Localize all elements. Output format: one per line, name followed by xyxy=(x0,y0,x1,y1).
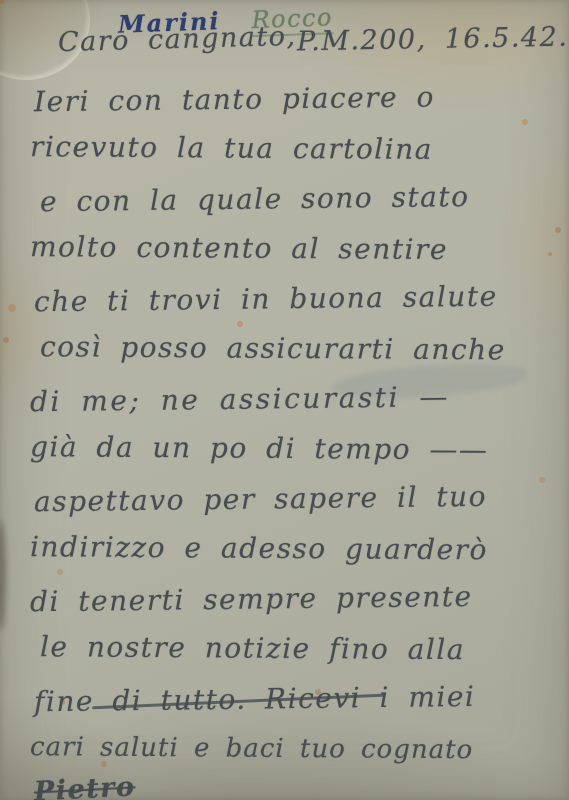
postmark-date: P.M.200, 16.5.42. xyxy=(296,22,568,58)
letter-line: fine di tutto. Ricevi i miei xyxy=(34,671,569,728)
letter-line: di me; ne assicurasti — xyxy=(30,371,569,428)
paper-stain-speckles xyxy=(0,0,4,4)
letter-line: Ieri con tanto piacere o xyxy=(34,71,569,128)
paper-stain-left-edge xyxy=(0,520,6,630)
letter-line: così posso assicurarti anche xyxy=(40,322,569,376)
signature: Pietro xyxy=(33,771,136,800)
letter-line: molto contento al sentire xyxy=(30,222,569,276)
letter-line: che ti trovi in buona salute xyxy=(34,271,569,328)
letter-line: e con la quale sono stato xyxy=(40,171,569,227)
letter-body: Ieri con tanto piacere oricevuto la tua … xyxy=(30,74,569,774)
salutation: Caro cangnato, xyxy=(58,21,297,58)
letter-headline: Caro cangnato, P.M.200, 16.5.42. xyxy=(0,24,569,55)
letter-page: Marini Rocco Caro cangnato, P.M.200, 16.… xyxy=(0,0,569,800)
letter-line: già da un po di tempo —— xyxy=(30,422,569,476)
letter-line: ricevuto la tua cartolina xyxy=(30,122,569,176)
letter-line: le nostre notizie fino alla xyxy=(40,622,569,676)
letter-line: indirizzo e adesso guarderò xyxy=(30,522,569,576)
letter-line: cari saluti e baci tuo cognato xyxy=(30,722,569,776)
letter-line: di tenerti sempre presente xyxy=(30,571,569,628)
letter-line: aspettavo per sapere il tuo xyxy=(34,471,569,528)
